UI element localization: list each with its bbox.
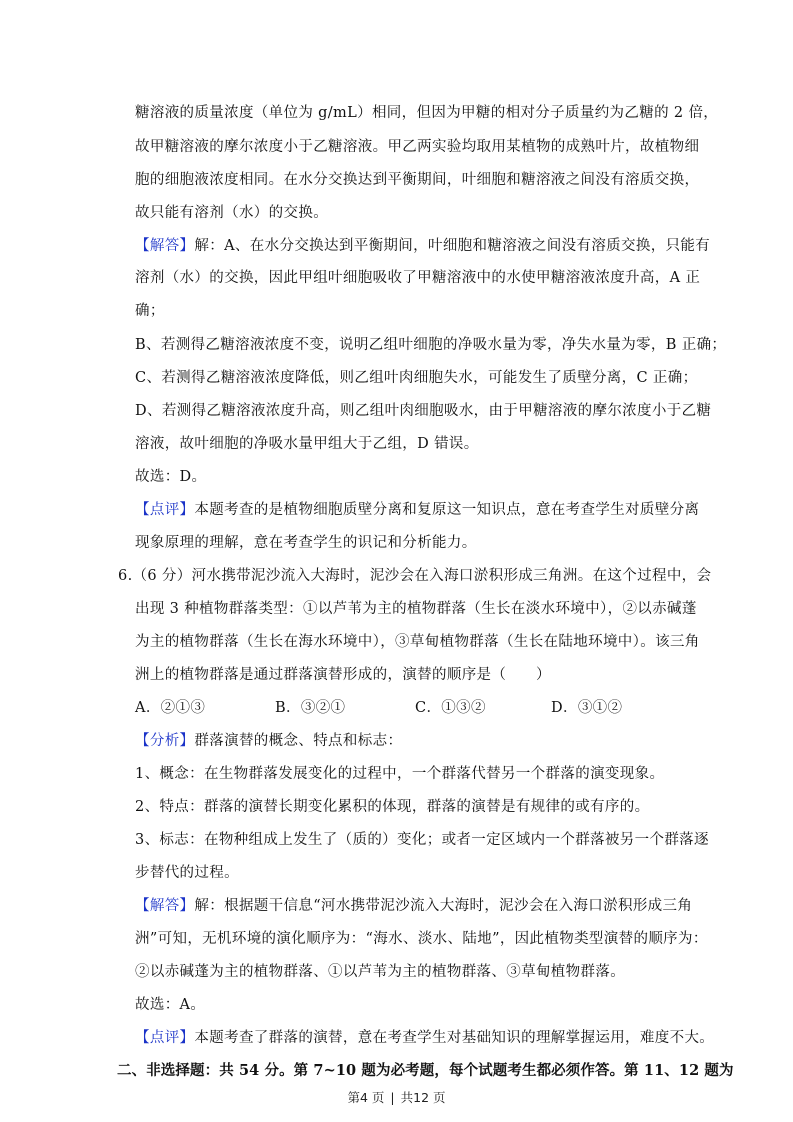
q6-analysis-sign-1: 3、标志：在物种组成上发生了（质的）变化；或者一定区域内一个群落被另一个群落逐 bbox=[135, 830, 709, 850]
total-pages: 共12 页 bbox=[401, 1090, 446, 1105]
choice-b-text: ③②① bbox=[301, 700, 346, 716]
choice-d-text: ③①② bbox=[578, 700, 623, 716]
choice-a-label: A． bbox=[135, 700, 161, 716]
document-page: 糖溶液的质量浓度（单位为 g/mL）相同，但因为甲糖的相对分子质量约为乙糖的 2… bbox=[0, 0, 793, 1122]
choice-d-label: D． bbox=[551, 700, 578, 716]
q5-comment-text-1: 本题考查的是植物细胞质壁分离和复原这一知识点，意在考查学生对质壁分离 bbox=[194, 502, 699, 518]
q6-analysis-sign-2: 步替代的过程。 bbox=[135, 863, 239, 883]
q5-answer-option-b: B、若测得乙糖溶液浓度不变，说明乙组叶细胞的净吸水量为零，净失水量为零，B 正确… bbox=[135, 335, 726, 355]
q5-comment-line-2: 现象原理的理解，意在考查学生的识记和分析能力。 bbox=[135, 533, 477, 553]
q6-analysis-text-1: 群落演替的概念、特点和标志： bbox=[194, 733, 402, 749]
q6-stem-line-3: 为主的植物群落（生长在海水环境中），③草甸植物群落（生长在陆地环境中）。该三角 bbox=[135, 632, 700, 652]
q5-answer-option-c: C、若测得乙糖溶液浓度降低，则乙组叶肉细胞失水，可能发生了质壁分离，C 正确； bbox=[135, 368, 697, 388]
question-number: 6. bbox=[118, 568, 133, 584]
q5-answer-option-d-1: D、若测得乙糖溶液浓度升高，则乙组叶肉细胞吸水，由于甲糖溶液的摩尔浓度小于乙糖 bbox=[135, 401, 711, 421]
intro-line-2: 故甲糖溶液的摩尔浓度小于乙糖溶液。甲乙两实验均取用某植物的成熟叶片，故植物细 bbox=[135, 137, 699, 157]
q5-answer-option-d-2: 溶液，故叶细胞的净吸水量甲组大于乙组，D 错误。 bbox=[135, 434, 479, 454]
q5-answer-line-3: 确； bbox=[135, 301, 165, 321]
q5-answer-text-1: 解：A、在水分交换达到平衡期间，叶细胞和糖溶液之间没有溶质交换，只能有 bbox=[194, 238, 710, 254]
page-footer: 第4 页|共12 页 bbox=[0, 1088, 793, 1106]
q6-answer-line-3: ②以赤碱蓬为主的植物群落、①以芦苇为主的植物群落、③草甸植物群落。 bbox=[135, 962, 625, 982]
choice-b: B．③②① bbox=[275, 698, 415, 718]
q5-comment-line-1: 【点评】本题考查的是植物细胞质壁分离和复原这一知识点，意在考查学生对质壁分离 bbox=[135, 500, 699, 520]
q6-answer-line-2: 洲”可知，无机环境的演化顺序为：“海水、淡水、陆地”，因此植物类型演替的顺序为： bbox=[135, 929, 708, 949]
q6-answer-selection: 故选：A。 bbox=[135, 995, 205, 1015]
footer-separator: | bbox=[390, 1090, 394, 1105]
answer-tag: 【解答】 bbox=[135, 238, 194, 254]
choice-d: D．③①② bbox=[551, 698, 622, 718]
q6-choices: A．②①③B．③②①C．①③②D．③①② bbox=[135, 698, 622, 718]
current-page: 第4 页 bbox=[347, 1090, 384, 1105]
intro-line-3: 胞的细胞液浓度相同。在水分交换达到平衡期间，叶细胞和糖溶液之间没有溶质交换， bbox=[135, 170, 699, 190]
comment-tag: 【点评】 bbox=[135, 502, 194, 518]
q6-stem-line-4: 洲上的植物群落是通过群落演替形成的，演替的顺序是（ ） bbox=[135, 665, 551, 685]
q6-analysis-concept: 1、概念：在生物群落发展变化的过程中，一个群落代替另一个群落的演变现象。 bbox=[135, 764, 664, 784]
q6-analysis-line-1: 【分析】群落演替的概念、特点和标志： bbox=[135, 731, 402, 751]
q6-answer-text-1: 解：根据题干信息“河水携带泥沙流入大海时，泥沙会在入海口淤积形成三角 bbox=[194, 898, 692, 914]
intro-line-4: 故只能有溶剂（水）的交换。 bbox=[135, 203, 328, 223]
q6-analysis-feature: 2、特点：群落的演替长期变化累积的体现，群落的演替是有规律的或有序的。 bbox=[135, 797, 649, 817]
comment-tag: 【点评】 bbox=[135, 1030, 194, 1046]
q6-comment-line-1: 【点评】本题考查了群落的演替，意在考查学生对基础知识的理解掌握运用，难度不大。 bbox=[135, 1028, 714, 1048]
q6-comment-text-1: 本题考查了群落的演替，意在考查学生对基础知识的理解掌握运用，难度不大。 bbox=[194, 1030, 714, 1046]
q6-stem-line-1: 6.（6 分）河水携带泥沙流入大海时，泥沙会在入海口淤积形成三角洲。在这个过程中… bbox=[118, 566, 711, 586]
choice-a: A．②①③ bbox=[135, 698, 275, 718]
choice-c-text: ①③② bbox=[441, 700, 486, 716]
q6-answer-line-1: 【解答】解：根据题干信息“河水携带泥沙流入大海时，泥沙会在入海口淤积形成三角 bbox=[135, 896, 692, 916]
q5-answer-selection: 故选：D。 bbox=[135, 467, 206, 487]
choice-c-label: C． bbox=[415, 700, 441, 716]
q6-stem-text-1: （6 分）河水携带泥沙流入大海时，泥沙会在入海口淤积形成三角洲。在这个过程中，会 bbox=[133, 568, 712, 584]
choice-a-text: ②①③ bbox=[161, 700, 206, 716]
section-heading: 二、非选择题：共 54 分。第 7~10 题为必考题，每个试题考生都必须作答。第… bbox=[117, 1061, 734, 1081]
choice-b-label: B． bbox=[275, 700, 301, 716]
answer-tag: 【解答】 bbox=[135, 898, 194, 914]
q6-stem-line-2: 出现 3 种植物群落类型：①以芦苇为主的植物群落（生长在淡水环境中），②以赤碱蓬 bbox=[135, 599, 697, 619]
analysis-tag: 【分析】 bbox=[135, 733, 194, 749]
choice-c: C．①③② bbox=[415, 698, 551, 718]
q5-answer-line-1: 【解答】解：A、在水分交换达到平衡期间，叶细胞和糖溶液之间没有溶质交换，只能有 bbox=[135, 236, 710, 256]
intro-line-1: 糖溶液的质量浓度（单位为 g/mL）相同，但因为甲糖的相对分子质量约为乙糖的 2… bbox=[135, 103, 718, 123]
q5-answer-line-2: 溶剂（水）的交换，因此甲组叶细胞吸收了甲糖溶液中的水使甲糖溶液浓度升高，A 正 bbox=[135, 268, 700, 288]
